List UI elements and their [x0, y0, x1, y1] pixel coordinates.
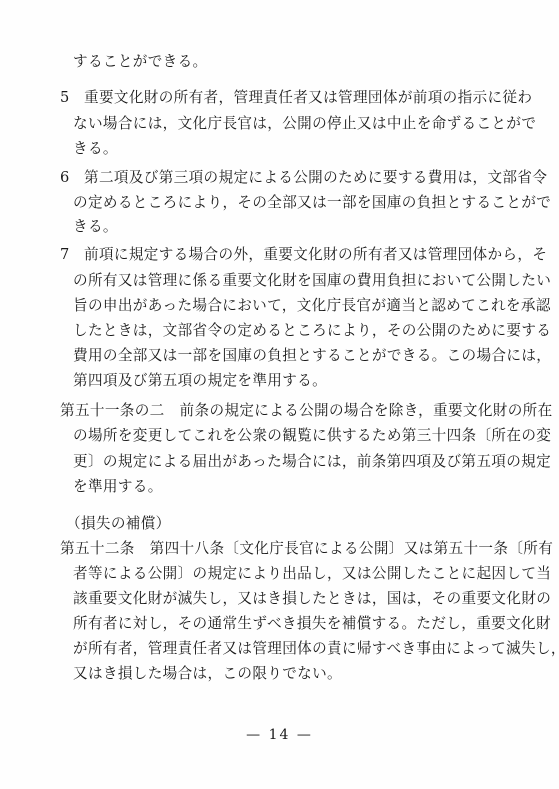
article-52-line: 所有者に対し，その通常生ずべき損失を補償する。ただし，重要文化財 — [73, 615, 551, 633]
item-line: 旨の申出があった場合において，文化庁長官が適当と認めてこれを承認 — [73, 297, 551, 315]
article-52-line: が所有者，管理責任者又は管理団体の責に帰すべき事由によって滅失し， — [73, 640, 559, 658]
article-51-2-line: 更〕の規定による届出があった場合には，前条第四項及び第五項の規定 — [73, 453, 551, 471]
item-line: 前項に規定する場合の外，重要文化財の所有者又は管理団体から，そ — [84, 246, 547, 264]
continuation-line: することができる。 — [73, 53, 208, 71]
article-51-2-line: を準用する。 — [73, 478, 163, 496]
article-52-line: 又はき損した場合は，この限りでない。 — [73, 665, 342, 683]
item-line: の定めるところにより，その全部又は一部を国庫の負担とすることがで — [73, 194, 551, 212]
item-line: の所有又は管理に係る重要文化財を国庫の費用負担において公開したい — [73, 272, 551, 290]
article-51-2-line: の場所を変更してこれを公衆の観覧に供するため第三十四条〔所在の変 — [73, 427, 551, 445]
item-line: 第四項及び第五項の規定を準用する。 — [73, 372, 327, 390]
section-heading: （損失の補償） — [66, 515, 171, 533]
document-page: することができる。 5 重要文化財の所有者，管理責任者又は管理団体が前項の指示に… — [0, 0, 559, 789]
item-line: 費用の全部又は一部を国庫の負担とすることができる。この場合には， — [73, 347, 551, 365]
item-line: 第二項及び第三項の規定による公開のために要する費用は，文部省令 — [84, 169, 547, 187]
item-line: きる。 — [73, 218, 118, 236]
item-line: ない場合には，文化庁長官は，公開の停止又は中止を命ずることがで — [73, 115, 536, 133]
article-51-2-line: 第五十一条の二 前条の規定による公開の場合を除き，重要文化財の所在 — [60, 402, 553, 420]
item-line: 重要文化財の所有者，管理責任者又は管理団体が前項の指示に従わ — [84, 89, 532, 107]
item-number: 7 — [60, 246, 69, 264]
item-number: 5 — [60, 89, 69, 107]
article-52-line: 第五十二条 第四十八条〔文化庁長官による公開〕又は第五十一条〔所有 — [60, 540, 553, 558]
page-number: — 14 — — [0, 726, 559, 744]
item-number: 6 — [60, 169, 69, 187]
article-52-line: 該重要文化財が滅失し，又はき損したときは，国は，その重要文化財の — [73, 590, 551, 608]
item-line: したときは，文部省令の定めるところにより，その公開のために要する — [73, 322, 551, 340]
item-line: きる。 — [73, 140, 118, 158]
article-52-line: 者等による公開〕の規定により出品し，又は公開したことに起因して当 — [73, 565, 551, 583]
